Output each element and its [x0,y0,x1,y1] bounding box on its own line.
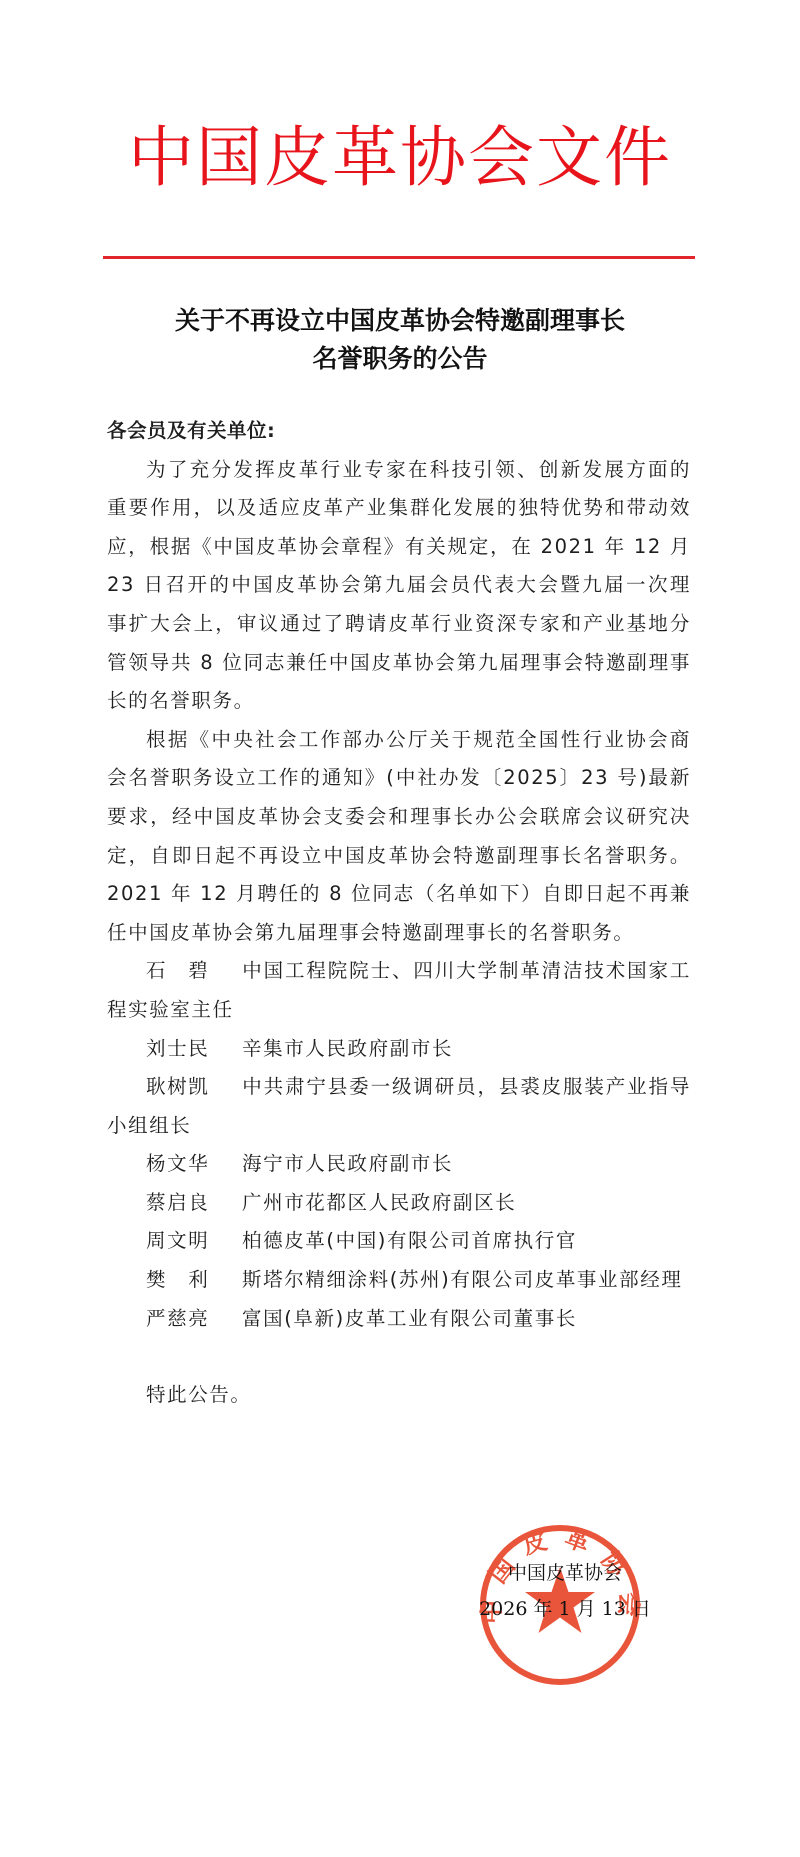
member-position: 斯塔尔精细涂料(苏州)有限公司皮革事业部经理 [242,1268,682,1291]
member-name: 石 碧 [146,952,242,991]
document-title: 关于不再设立中国皮革协会特邀副理事长 名誉职务的公告 [0,302,800,378]
paragraph-1: 为了充分发挥皮革行业专家在科技引领、创新发展方面的重要作用，以及适应皮革产业集群… [107,451,691,721]
member-name: 蔡启良 [146,1184,242,1223]
member-position: 广州市花都区人民政府副区长 [242,1191,516,1214]
document-body: 各会员及有关单位: 为了充分发挥皮革行业专家在科技引领、创新发展方面的重要作用，… [107,412,691,1415]
member-item: 石 碧中国工程院院士、四川大学制革清洁技术国家工程实验室主任 [107,952,691,1029]
document-title-line-2: 名誉职务的公告 [0,340,800,378]
signature-date: 2026 年 1 月 13 日 [440,1591,690,1627]
member-item: 樊 利斯塔尔精细涂料(苏州)有限公司皮革事业部经理 [107,1261,691,1300]
document-title-line-1: 关于不再设立中国皮革协会特邀副理事长 [0,302,800,340]
member-item: 周文明柏德皮革(中国)有限公司首席执行官 [107,1222,691,1261]
closing-statement: 特此公告。 [107,1376,691,1415]
header-divider [103,256,695,259]
salutation: 各会员及有关单位: [107,412,691,451]
document-header-title: 中国皮革协会文件 [0,118,800,198]
member-item: 刘士民辛集市人民政府副市长 [107,1030,691,1069]
member-name: 周文明 [146,1222,242,1261]
signature-block: 中国皮革协会 2026 年 1 月 13 日 [440,1555,690,1627]
member-item: 杨文华海宁市人民政府副市长 [107,1145,691,1184]
member-name: 刘士民 [146,1030,242,1069]
member-position: 柏德皮革(中国)有限公司首席执行官 [242,1229,577,1252]
member-position: 海宁市人民政府副市长 [242,1152,453,1175]
member-name: 樊 利 [146,1261,242,1300]
member-name: 严慈亮 [146,1300,242,1339]
member-item: 耿树凯中共肃宁县委一级调研员，县裘皮服装产业指导小组组长 [107,1068,691,1145]
member-list: 石 碧中国工程院院士、四川大学制革清洁技术国家工程实验室主任 刘士民辛集市人民政… [107,952,691,1338]
member-item: 严慈亮富国(阜新)皮革工业有限公司董事长 [107,1300,691,1339]
member-item: 蔡启良广州市花都区人民政府副区长 [107,1184,691,1223]
paragraph-2: 根据《中央社会工作部办公厅关于规范全国性行业协会商会名誉职务设立工作的通知》(中… [107,721,691,953]
member-name: 耿树凯 [146,1068,242,1107]
member-name: 杨文华 [146,1145,242,1184]
member-position: 辛集市人民政府副市长 [242,1037,453,1060]
member-position: 富国(阜新)皮革工业有限公司董事长 [242,1307,577,1330]
signature-organization: 中国皮革协会 [440,1555,690,1591]
